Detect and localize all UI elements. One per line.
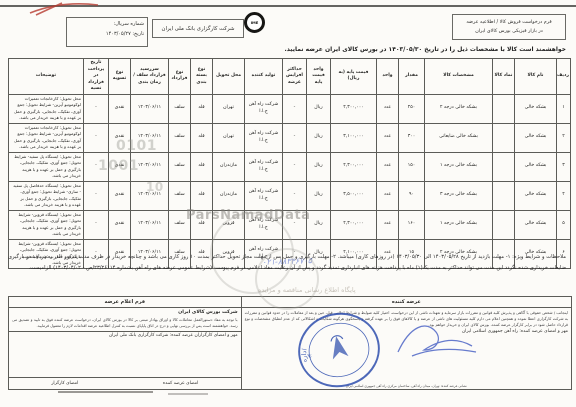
column-header: نوع بسته بندی [191,59,213,95]
broker-column-header: فرم اعلام عرضه [9,297,241,308]
table-cell: عدد [377,210,399,239]
table-cell: عدد [377,94,399,123]
table-cell: نقدی [109,210,131,239]
watermark-digits: 0101 [116,138,157,154]
table-cell: تهران [213,94,245,123]
column-header: نوع قرارداد [169,59,191,95]
table-cell: بشکه خالی [515,123,557,152]
ime-logo-text: IME [251,20,259,25]
table-row: ۴بشکه خالیبشکه خالی درجه ۳۹۰عدد۳,۵۰۰,۰۰۰… [9,181,571,210]
column-header: تاریخ پرداخت در قرارداد نسیه [84,59,109,95]
handwritten-signature [392,318,482,366]
scan-artifact [168,393,208,395]
table-cell: ۳۰۰ [399,123,425,152]
table-cell [493,210,515,239]
column-header: محل تحویل [213,59,245,95]
table-row: ۲بشکه خالیبشکه خالی ضایعاتی۳۰۰عدد۳,۱۰۰,۰… [9,123,571,152]
table-cell: نقدی [109,181,131,210]
table-cell: فله [191,152,213,181]
table-cell [493,152,515,181]
serial-box: شماره سریال: تاریخ: ۱۴۰۳/۰۵/۲۷ [66,17,148,47]
form-title-line1: فرم درخواست فروش کالا / اطلاعیه عرضه [466,18,551,27]
table-cell: ۵ [557,210,571,239]
column-header: ردیف [557,59,571,95]
table-cell: ۴,۳۰۰,۰۰۰ [331,94,377,123]
table-cell: محل تحویل: ایستگاه پل سفید- شرایط تحویل:… [9,152,84,181]
supplier-signature-label: امضای عرضه کننده [163,381,198,386]
table-cell: - [84,181,109,210]
table-cell: ۴ [557,181,571,210]
table-cell: مازندران [213,152,245,181]
table-row: ۳بشکه خالیبشکه خالی درجه ۱۱۵۰عدد۴,۳۰۰,۰۰… [9,152,571,181]
table-cell: - [84,94,109,123]
broker-name: شرکت کارگزاری بانک ملی ایران [162,26,235,32]
table-cell: ریال [307,94,331,123]
table-cell: شرکت راه آهن ج.ا.ا [245,181,283,210]
table-cell: ریال [307,152,331,181]
table-cell: ۴,۳۰۰,۰۰۰ [331,210,377,239]
table-cell: عدد [377,181,399,210]
watermark-digits: 10 [146,180,164,194]
table-cell: ۳,۱۰۰,۰۰۰ [331,123,377,152]
offer-table-header-row: ردیفنام کالانماد کالامشخصات کالامقدارواح… [9,59,571,95]
table-cell: سلف [169,94,191,123]
table-cell: مازندران [213,181,245,210]
broker-name-box: شرکت کارگزاری بانک ملی ایران [152,19,244,38]
ime-exchange-logo-icon: IME [244,12,265,33]
table-cell: عدد [377,152,399,181]
column-header: مقدار [399,59,425,95]
table-cell: سلف [169,181,191,210]
table-cell: سلف [169,123,191,152]
table-cell: ریال [307,123,331,152]
table-cell: - [84,210,109,239]
table-cell: بشکه خالی [515,152,557,181]
table-cell: ۳ [557,152,571,181]
column-header: واحد قیمت پایه [307,59,331,95]
column-header: قیمت پایه (به ریال) [331,59,377,95]
table-cell: بشکه خالی [515,210,557,239]
watermark-circle [255,248,319,310]
table-cell: ۳,۵۰۰,۰۰۰ [331,181,377,210]
watermark-digits: 1001 [98,158,139,174]
table-cell: ۱۶۰ [399,210,425,239]
scanned-document-sheet: شماره سریال: تاریخ: ۱۴۰۳/۰۵/۲۷ شرکت کارگ… [0,0,576,407]
table-cell: محل تحویل: ایستگاه قزوین- شرایط تحویل: ج… [9,210,84,239]
table-cell: شرکت راه آهن ج.ا.ا [245,94,283,123]
table-cell: - [84,123,109,152]
exchange-name: شرکت بورس کالای ایران [9,308,241,315]
table-cell: بشکه خالی درجه ۳ [425,181,493,210]
request-line: خواهشمند است کالا با مشخصات ذیل را در تا… [180,46,566,53]
table-cell [493,181,515,210]
table-cell: فله [191,123,213,152]
table-cell: محل تحویل: ایستگاه حدفاصل پل سفید - ساری… [9,181,84,210]
table-cell: شرکت راه آهن ج.ا.ا [245,123,283,152]
signature-section: عرضه کننده اینجانب / شخص حقوقی با آگاهی … [8,296,572,390]
column-header: تولید کننده [245,59,283,95]
column-header: مشخصات کالا [425,59,493,95]
table-cell: ۴,۳۰۰,۰۰۰ [331,152,377,181]
watermark-fa-line: پایگاه اطلاع رسانی مناقصه و مزایده [258,286,356,294]
date-label: تاریخ: ۱۴۰۳/۰۵/۲۷ [70,30,144,40]
scan-artifact [58,391,153,393]
column-header: سررسید قرارداد سلف / زمان بندی [131,59,169,95]
table-cell: بشکه خالی ضایعاتی [425,123,493,152]
red-pen-scribble [28,0,108,18]
table-cell [493,123,515,152]
table-cell: سلف [169,152,191,181]
form-title-box: فرم درخواست فروش کالا / اطلاعیه عرضه در … [452,14,566,40]
table-cell: فله [191,181,213,210]
table-cell: بشکه خالی درجه ۱ [425,210,493,239]
supplier-address-line: نشانی عرضه کننده: تهران، میدان راه آهن، … [242,384,571,388]
table-cell: فله [191,94,213,123]
table-cell: - [283,94,307,123]
table-cell: محل تحویل: کارخانجات تعمیرات لوکوموتیو آ… [9,94,84,123]
table-cell: ۲ [557,123,571,152]
table-cell: - [283,181,307,210]
table-cell: - [283,152,307,181]
table-cell: - [283,123,307,152]
railway-company-stamp: اداره کل تدارکات و پشتیبانی شرکت راه آهن… [295,310,383,390]
table-cell: بشکه خالی درجه ۱ [425,152,493,181]
table-row: ۱بشکه خالیبشکه خالی درجه ۲۲۵۰عدد۴,۳۰۰,۰۰… [9,94,571,123]
table-cell: ۹۰ [399,181,425,210]
column-header: نماد کالا [493,59,515,95]
table-cell: محل تحویل: کارخانجات تعمیرات لوکوموتیو آ… [9,123,84,152]
table-cell: ریال [307,181,331,210]
table-cell: عدد [377,123,399,152]
broker-signature-label: امضای کارگزار [51,381,78,386]
table-cell: شرکت راه آهن ج.ا.ا [245,152,283,181]
form-title-line2: در بازار فیزیکی بورس کالای ایران [475,27,543,36]
table-cell: نقدی [109,94,131,123]
table-cell: ۱۴۰۳/۰۶/۱۱ [131,94,169,123]
column-header: حداکثر افزایش عرضه [283,59,307,95]
table-cell: ۱۴۰۳/۰۶/۱۱ [131,210,169,239]
column-header: واحد [377,59,399,95]
table-cell: بشکه خالی درجه ۲ [425,94,493,123]
broker-sign-line: مهر و امضای کارگزاران عرضه کننده: شرکت ک… [9,332,241,339]
table-cell [493,94,515,123]
signature-labels-row: امضای کارگزار امضای عرضه کننده [9,377,241,389]
broker-column: فرم اعلام عرضه شرکت بورس کالای ایران با … [9,297,241,389]
table-cell: ۱ [557,94,571,123]
column-header: توضیحات [9,59,84,95]
signature-space [9,339,241,377]
exchange-approval-text: با توجه به مفاد دستورالعمل معاملات کالا … [9,315,241,329]
table-cell: ۲۵۰ [399,94,425,123]
table-cell: بشکه خالی [515,181,557,210]
serial-label: شماره سریال: [70,20,144,30]
table-cell: تهران [213,123,245,152]
column-header: نوع تسویه [109,59,131,95]
table-cell: ۱۵۰ [399,152,425,181]
table-cell: بشکه خالی [515,94,557,123]
column-header: نام کالا [515,59,557,95]
